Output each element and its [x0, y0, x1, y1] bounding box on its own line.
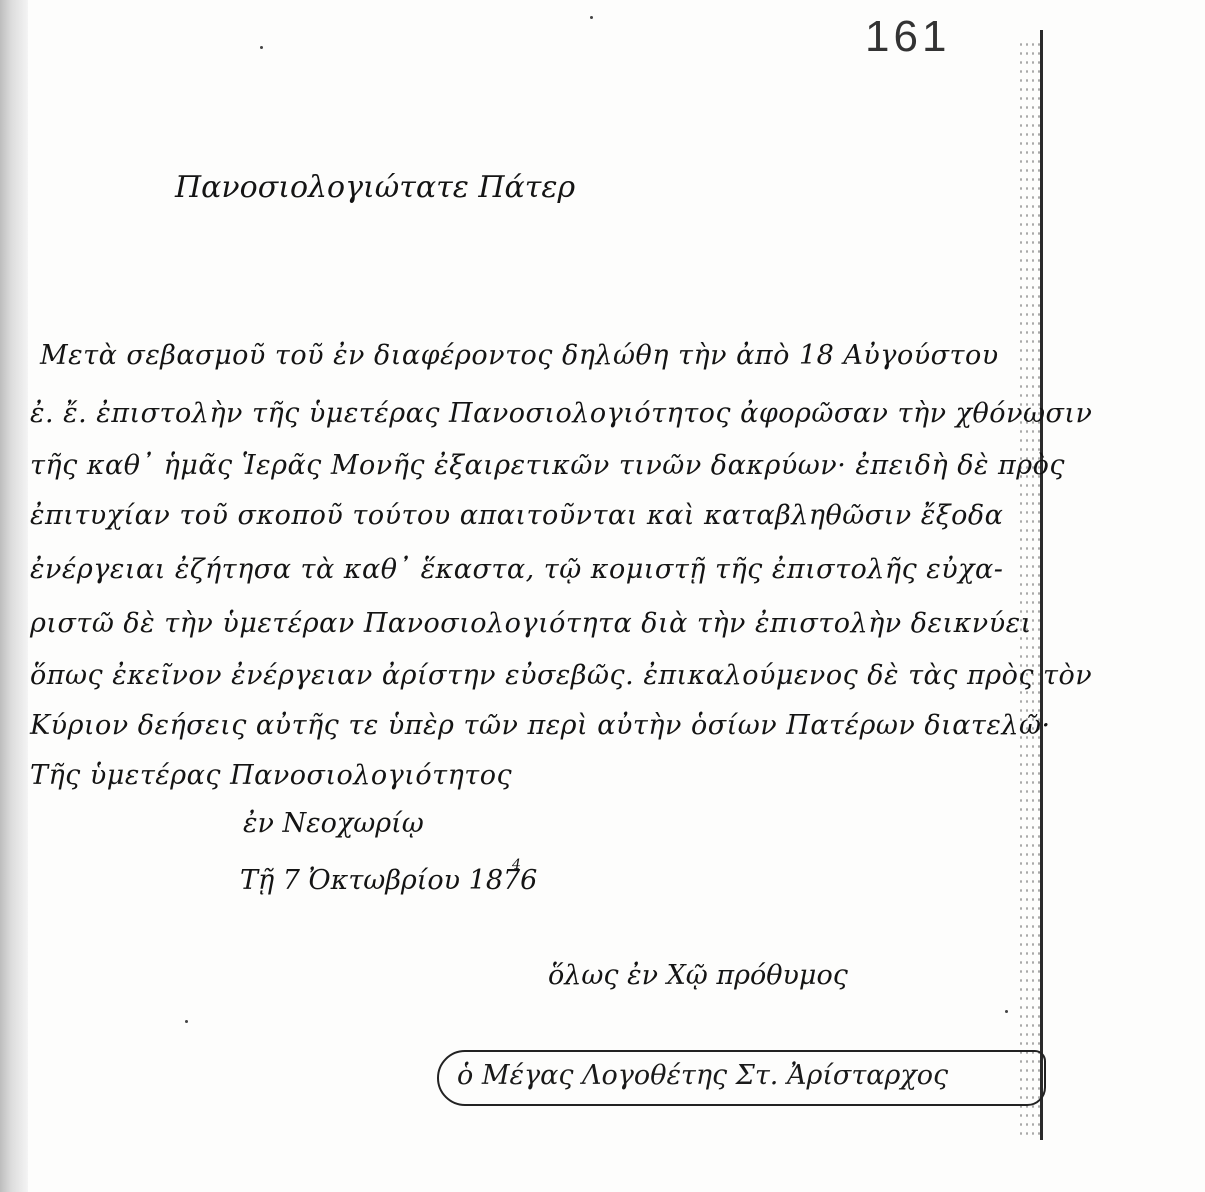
body-line: ἐπιτυχίαν τοῦ σκοποῦ τούτου απαιτοῦνται … — [30, 500, 1003, 531]
body-line: τῆς καθ᾽ ἡμᾶς Ἱερᾶς Μονῆς ἐξαιρετικῶν τι… — [30, 450, 1065, 481]
signature-enclosure: ὁ Μέγας Λογοθέτης Στ. Ἀρίσταρχος — [437, 1050, 1046, 1106]
signature: ὁ Μέγας Λογοθέτης Στ. Ἀρίσταρχος — [457, 1060, 948, 1091]
scan-speck — [590, 16, 593, 19]
closing-line: ὅλως ἐν Χῷ πρόθυμος — [548, 960, 848, 991]
date-line: Τῇ 7 Ὀκτωβρίου 1876 4 — [240, 865, 555, 896]
body-line: ὅπως ἐκεῖνον ἐνέργειαν ἀρίστην εὐσεβῶς. … — [30, 660, 1092, 691]
scan-speck — [185, 1020, 188, 1023]
folio-number: 161 — [865, 12, 950, 62]
date-text: Τῇ 7 Ὀκτωβρίου 1876 — [240, 865, 537, 896]
scan-speck — [1005, 1010, 1008, 1013]
place-line: ἐν Νεοχωρίῳ — [243, 808, 424, 839]
scan-gutter-shadow — [0, 0, 28, 1192]
page-edge — [1040, 30, 1043, 1140]
body-line: ἐνέργειαι ἐζήτησα τὰ καθ᾽ ἕκαστα, τῷ κομ… — [30, 554, 1003, 585]
scan-speck — [260, 46, 263, 49]
manuscript-page: 161 Πανοσιολογιώτατε Πάτερ Μετὰ σεβασμοῦ… — [0, 0, 1205, 1192]
body-line: Κύριον δεήσεις αὐτῆς τε ὑπὲρ τῶν περὶ αὐ… — [30, 710, 1051, 741]
body-line: Μετὰ σεβασμοῦ τοῦ ἐν διαφέροντος δηλώθη … — [40, 340, 999, 371]
scan-edge-noise — [1018, 40, 1040, 1140]
salutation: Πανοσιολογιώτατε Πάτερ — [175, 170, 575, 205]
date-annotation: 4 — [512, 857, 521, 873]
body-line: ἐ. ἔ. ἐπιστολὴν τῆς ὑμετέρας Πανοσιολογι… — [30, 398, 1092, 429]
body-line: ριστῶ δὲ τὴν ὑμετέραν Πανοσιολογιότητα δ… — [30, 608, 1032, 639]
body-line: Τῆς ὑμετέρας Πανοσιολογιότητος — [30, 760, 512, 791]
